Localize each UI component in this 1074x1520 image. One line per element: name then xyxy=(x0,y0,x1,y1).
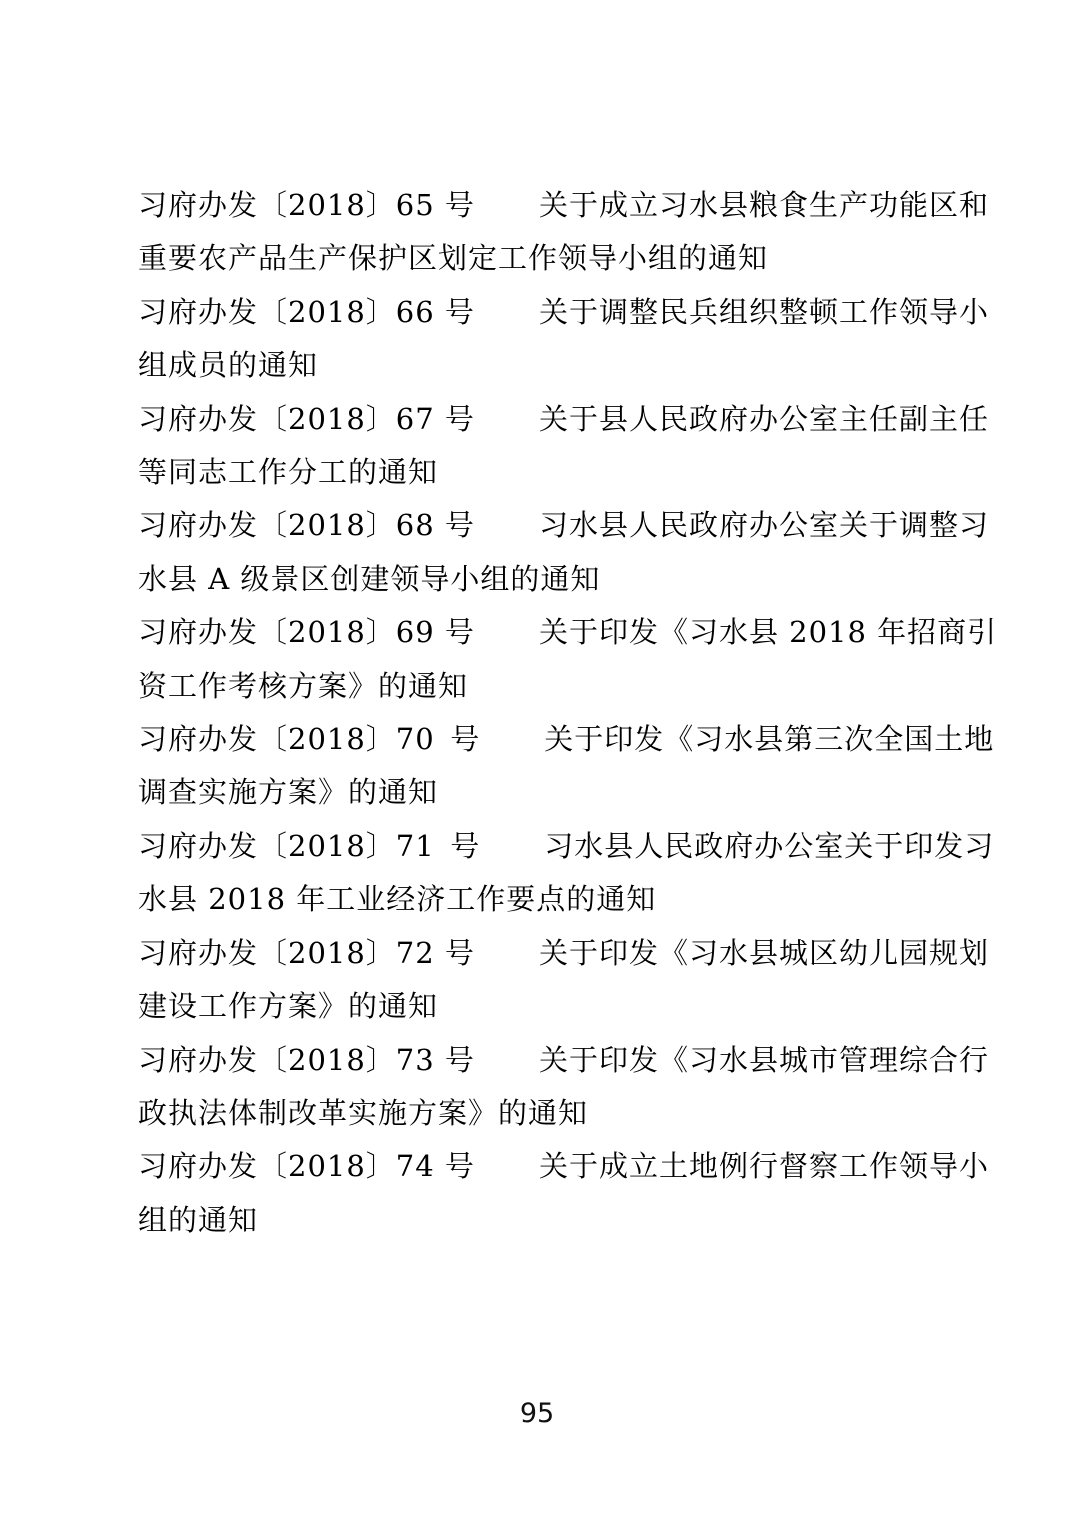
document-number: 习府办发〔2018〕69 号 xyxy=(138,615,475,649)
document-number: 习府办发〔2018〕67 号 xyxy=(138,402,475,436)
document-number: 习府办发〔2018〕73 号 xyxy=(138,1043,475,1077)
number-title-gap xyxy=(475,321,539,322)
document-title-line1: 关于印发《习水县城区幼儿园规划 xyxy=(539,936,989,970)
entry-first-line: 习府办发〔2018〕69 号关于印发《习水县 2018 年招商引 xyxy=(138,606,944,659)
number-title-gap xyxy=(475,962,539,963)
document-entry: 习府办发〔2018〕66 号关于调整民兵组织整顿工作领导小 组成员的通知 xyxy=(138,286,944,393)
document-title-line1: 关于县人民政府办公室主任副主任 xyxy=(539,402,989,436)
document-title-line2: 调查实施方案》的通知 xyxy=(138,766,944,819)
document-title-line2: 等同志工作分工的通知 xyxy=(138,446,944,499)
entry-first-line: 习府办发〔2018〕70 号关于印发《习水县第三次全国土地 xyxy=(138,713,944,766)
document-title-line2: 组成员的通知 xyxy=(138,339,944,392)
entry-first-line: 习府办发〔2018〕66 号关于调整民兵组织整顿工作领导小 xyxy=(138,286,944,339)
page-number: 95 xyxy=(0,1398,1074,1429)
document-entry: 习府办发〔2018〕72 号关于印发《习水县城区幼儿园规划 建设工作方案》的通知 xyxy=(138,927,944,1034)
number-title-gap xyxy=(475,1069,539,1070)
document-title-line1: 关于成立习水县粮食生产功能区和 xyxy=(539,188,989,222)
document-entry: 习府办发〔2018〕70 号关于印发《习水县第三次全国土地 调查实施方案》的通知 xyxy=(138,713,944,820)
document-title-line1: 关于成立土地例行督察工作领导小 xyxy=(539,1149,989,1183)
document-title-line1: 习水县人民政府办公室关于调整习 xyxy=(539,508,989,542)
document-entry-list: 习府办发〔2018〕65 号关于成立习水县粮食生产功能区和 重要农产品生产保护区… xyxy=(138,179,944,1247)
document-number: 习府办发〔2018〕68 号 xyxy=(138,508,475,542)
entry-first-line: 习府办发〔2018〕74 号关于成立土地例行督察工作领导小 xyxy=(138,1140,944,1193)
document-title-line2: 资工作考核方案》的通知 xyxy=(138,660,944,713)
document-number: 习府办发〔2018〕65 号 xyxy=(138,188,475,222)
entry-first-line: 习府办发〔2018〕71 号习水县人民政府办公室关于印发习 xyxy=(138,820,944,873)
document-title-line2: 建设工作方案》的通知 xyxy=(138,980,944,1033)
document-entry: 习府办发〔2018〕67 号关于县人民政府办公室主任副主任 等同志工作分工的通知 xyxy=(138,393,944,500)
number-title-gap xyxy=(480,855,544,856)
document-entry: 习府办发〔2018〕65 号关于成立习水县粮食生产功能区和 重要农产品生产保护区… xyxy=(138,179,944,286)
document-entry: 习府办发〔2018〕69 号关于印发《习水县 2018 年招商引 资工作考核方案… xyxy=(138,606,944,713)
document-title-line2: 水县 2018 年工业经济工作要点的通知 xyxy=(138,873,944,926)
entry-first-line: 习府办发〔2018〕73 号关于印发《习水县城市管理综合行 xyxy=(138,1034,944,1087)
document-entry: 习府办发〔2018〕73 号关于印发《习水县城市管理综合行 政执法体制改革实施方… xyxy=(138,1034,944,1141)
document-number: 习府办发〔2018〕66 号 xyxy=(138,295,475,329)
document-title-line1: 习水县人民政府办公室关于印发习 xyxy=(544,829,994,863)
entry-first-line: 习府办发〔2018〕67 号关于县人民政府办公室主任副主任 xyxy=(138,393,944,446)
document-title-line2: 政执法体制改革实施方案》的通知 xyxy=(138,1087,944,1140)
document-number: 习府办发〔2018〕71 号 xyxy=(138,829,480,863)
entry-first-line: 习府办发〔2018〕68 号习水县人民政府办公室关于调整习 xyxy=(138,499,944,552)
document-title-line1: 关于调整民兵组织整顿工作领导小 xyxy=(539,295,989,329)
number-title-gap xyxy=(475,214,539,215)
number-title-gap xyxy=(475,534,539,535)
document-entry: 习府办发〔2018〕74 号关于成立土地例行督察工作领导小 组的通知 xyxy=(138,1140,944,1247)
document-title-line1: 关于印发《习水县城市管理综合行 xyxy=(539,1043,989,1077)
document-number: 习府办发〔2018〕74 号 xyxy=(138,1149,475,1183)
entry-first-line: 习府办发〔2018〕72 号关于印发《习水县城区幼儿园规划 xyxy=(138,927,944,980)
document-title-line2: 重要农产品生产保护区划定工作领导小组的通知 xyxy=(138,232,944,285)
document-entry: 习府办发〔2018〕68 号习水县人民政府办公室关于调整习 水县 A 级景区创建… xyxy=(138,499,944,606)
number-title-gap xyxy=(480,748,544,749)
number-title-gap xyxy=(475,428,539,429)
entry-first-line: 习府办发〔2018〕65 号关于成立习水县粮食生产功能区和 xyxy=(138,179,944,232)
document-number: 习府办发〔2018〕70 号 xyxy=(138,722,480,756)
document-title-line1: 关于印发《习水县第三次全国土地 xyxy=(544,722,994,756)
number-title-gap xyxy=(475,1175,539,1176)
document-number: 习府办发〔2018〕72 号 xyxy=(138,936,475,970)
document-title-line2: 水县 A 级景区创建领导小组的通知 xyxy=(138,553,944,606)
document-entry: 习府办发〔2018〕71 号习水县人民政府办公室关于印发习 水县 2018 年工… xyxy=(138,820,944,927)
number-title-gap xyxy=(475,641,539,642)
document-title-line2: 组的通知 xyxy=(138,1194,944,1247)
document-title-line1: 关于印发《习水县 2018 年招商引 xyxy=(539,615,997,649)
